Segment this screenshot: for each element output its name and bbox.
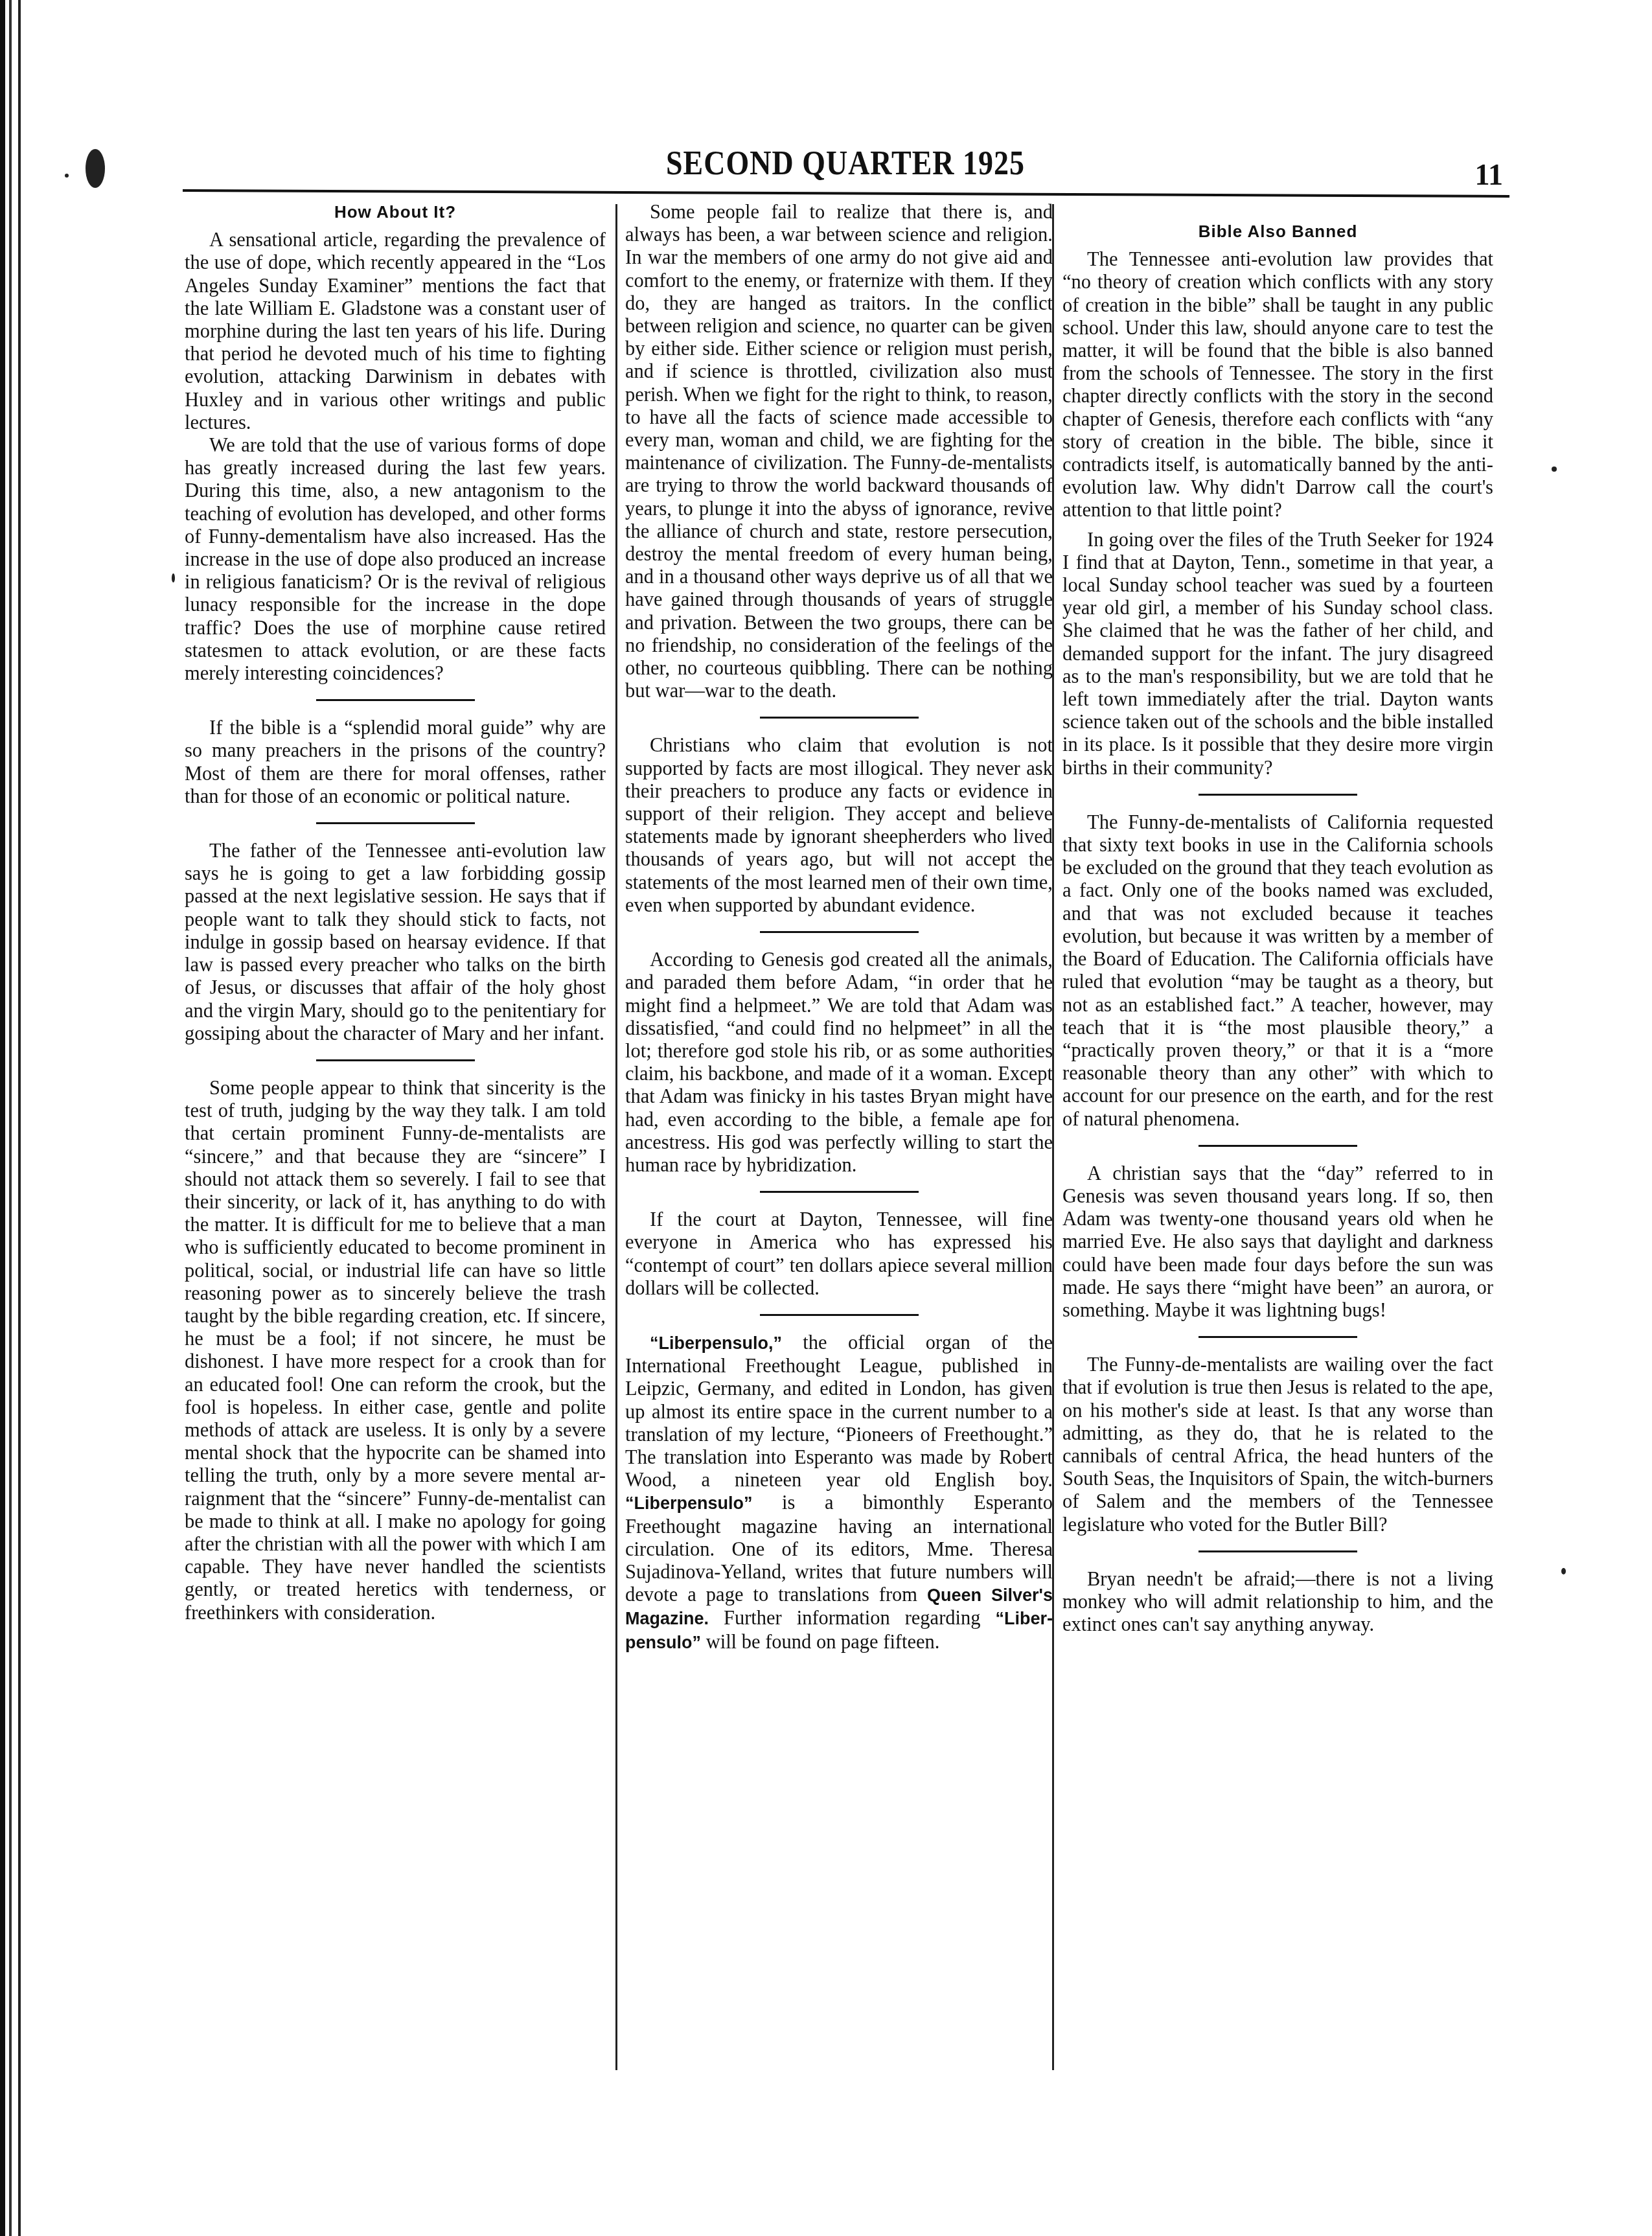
text-run: the official organ of the International … xyxy=(625,1331,1053,1491)
text-run: will be found on page fifteen. xyxy=(701,1631,939,1653)
article-dayton-court: If the court at Dayton, Tennessee, will … xyxy=(625,1208,1053,1300)
article-paragraph: The Funny-de-mentalists of Califor­nia r… xyxy=(1062,811,1493,1131)
article-paragraph: In going over the files of the Truth See… xyxy=(1062,529,1493,779)
article-bryan-monkey: Bryan needn't be afraid;—there is not a … xyxy=(1062,1568,1493,1637)
article-bible-also-banned: Bible Also Banned The Tennessee anti-evo… xyxy=(1062,220,1493,779)
section-separator xyxy=(1199,794,1357,796)
scan-ink-blot xyxy=(86,149,105,188)
article-paragraph: Some people appear to think that sinceri… xyxy=(185,1077,606,1624)
article-liberpensulo: “Liberpensulo,” the official organ of th… xyxy=(625,1331,1053,1654)
article-paragraph: A sensational article, regarding the pre… xyxy=(185,229,606,434)
article-paragraph: We are told that the use of various form… xyxy=(185,434,606,685)
running-title: SECOND QUARTER 1925 xyxy=(188,143,1503,183)
text-run: Further information regarding xyxy=(709,1607,995,1629)
column-right: Bible Also Banned The Tennessee anti-evo… xyxy=(1062,201,1493,1636)
section-separator xyxy=(1199,1550,1357,1552)
article-jesus-ape: The Funny-de-mentalists are wail­ing ove… xyxy=(1062,1354,1493,1536)
article-christians-evolution: Christians who claim that evolution is n… xyxy=(625,734,1053,917)
section-separator xyxy=(1199,1145,1357,1147)
article-sincerity: Some people appear to think that sinceri… xyxy=(185,1077,606,1624)
page-number: 11 xyxy=(1475,157,1503,192)
article-war-science-religion: Some people fail to realize that there i… xyxy=(625,201,1053,702)
article-paragraph: The Tennessee anti-evolution law provide… xyxy=(1062,248,1493,522)
section-separator xyxy=(760,717,919,719)
article-genesis-day: A christian says that the “day” re­ferre… xyxy=(1062,1162,1493,1322)
section-separator xyxy=(760,931,919,933)
column-divider-left xyxy=(615,204,617,2070)
article-paragraph: Christians who claim that evolution is n… xyxy=(625,734,1053,917)
article-paragraph: A christian says that the “day” re­ferre… xyxy=(1062,1162,1493,1322)
section-separator xyxy=(1199,1336,1357,1338)
scan-speck xyxy=(1561,1568,1566,1574)
section-separator xyxy=(316,699,475,701)
section-separator xyxy=(760,1314,919,1316)
column-left: How About It? A sensational article, reg… xyxy=(185,201,606,1624)
scan-speck xyxy=(1552,467,1557,472)
article-heading: How About It? xyxy=(185,201,606,224)
article-heading: Bible Also Banned xyxy=(1062,220,1493,243)
article-paragraph: Some people fail to realize that there i… xyxy=(625,201,1053,702)
article-gossip-law: The father of the Tennessee anti-evoluti… xyxy=(185,840,606,1045)
article-paragraph: The father of the Tennessee anti-evoluti… xyxy=(185,840,606,1045)
page-header: SECOND QUARTER 1925 11 xyxy=(188,146,1503,191)
publication-name: “Liberpensulo,” xyxy=(650,1333,782,1353)
section-separator xyxy=(316,822,475,824)
article-paragraph: The Funny-de-mentalists are wail­ing ove… xyxy=(1062,1354,1493,1536)
article-paragraph: According to Genesis god created all the… xyxy=(625,949,1053,1177)
section-separator xyxy=(760,1191,919,1193)
article-splendid-moral-guide: If the bible is a “splendid moral guide”… xyxy=(185,717,606,808)
scan-speck xyxy=(172,573,175,582)
article-paragraph: “Liberpensulo,” the official organ of th… xyxy=(625,1331,1053,1654)
article-paragraph: If the bible is a “splendid moral guide”… xyxy=(185,717,606,808)
section-separator xyxy=(316,1059,475,1061)
scan-speck xyxy=(65,174,69,178)
article-california-textbooks: The Funny-de-mentalists of Califor­nia r… xyxy=(1062,811,1493,1131)
publication-name: “Liberpensulo” xyxy=(625,1493,753,1513)
article-genesis-helpmeet: According to Genesis god created all the… xyxy=(625,949,1053,1177)
article-paragraph: If the court at Dayton, Tennessee, will … xyxy=(625,1208,1053,1300)
article-paragraph: Bryan needn't be afraid;—there is not a … xyxy=(1062,1568,1493,1637)
scan-binding-edge xyxy=(0,0,21,2236)
column-middle: Some people fail to realize that there i… xyxy=(625,201,1053,1654)
article-how-about-it: How About It? A sensational article, reg… xyxy=(185,201,606,685)
